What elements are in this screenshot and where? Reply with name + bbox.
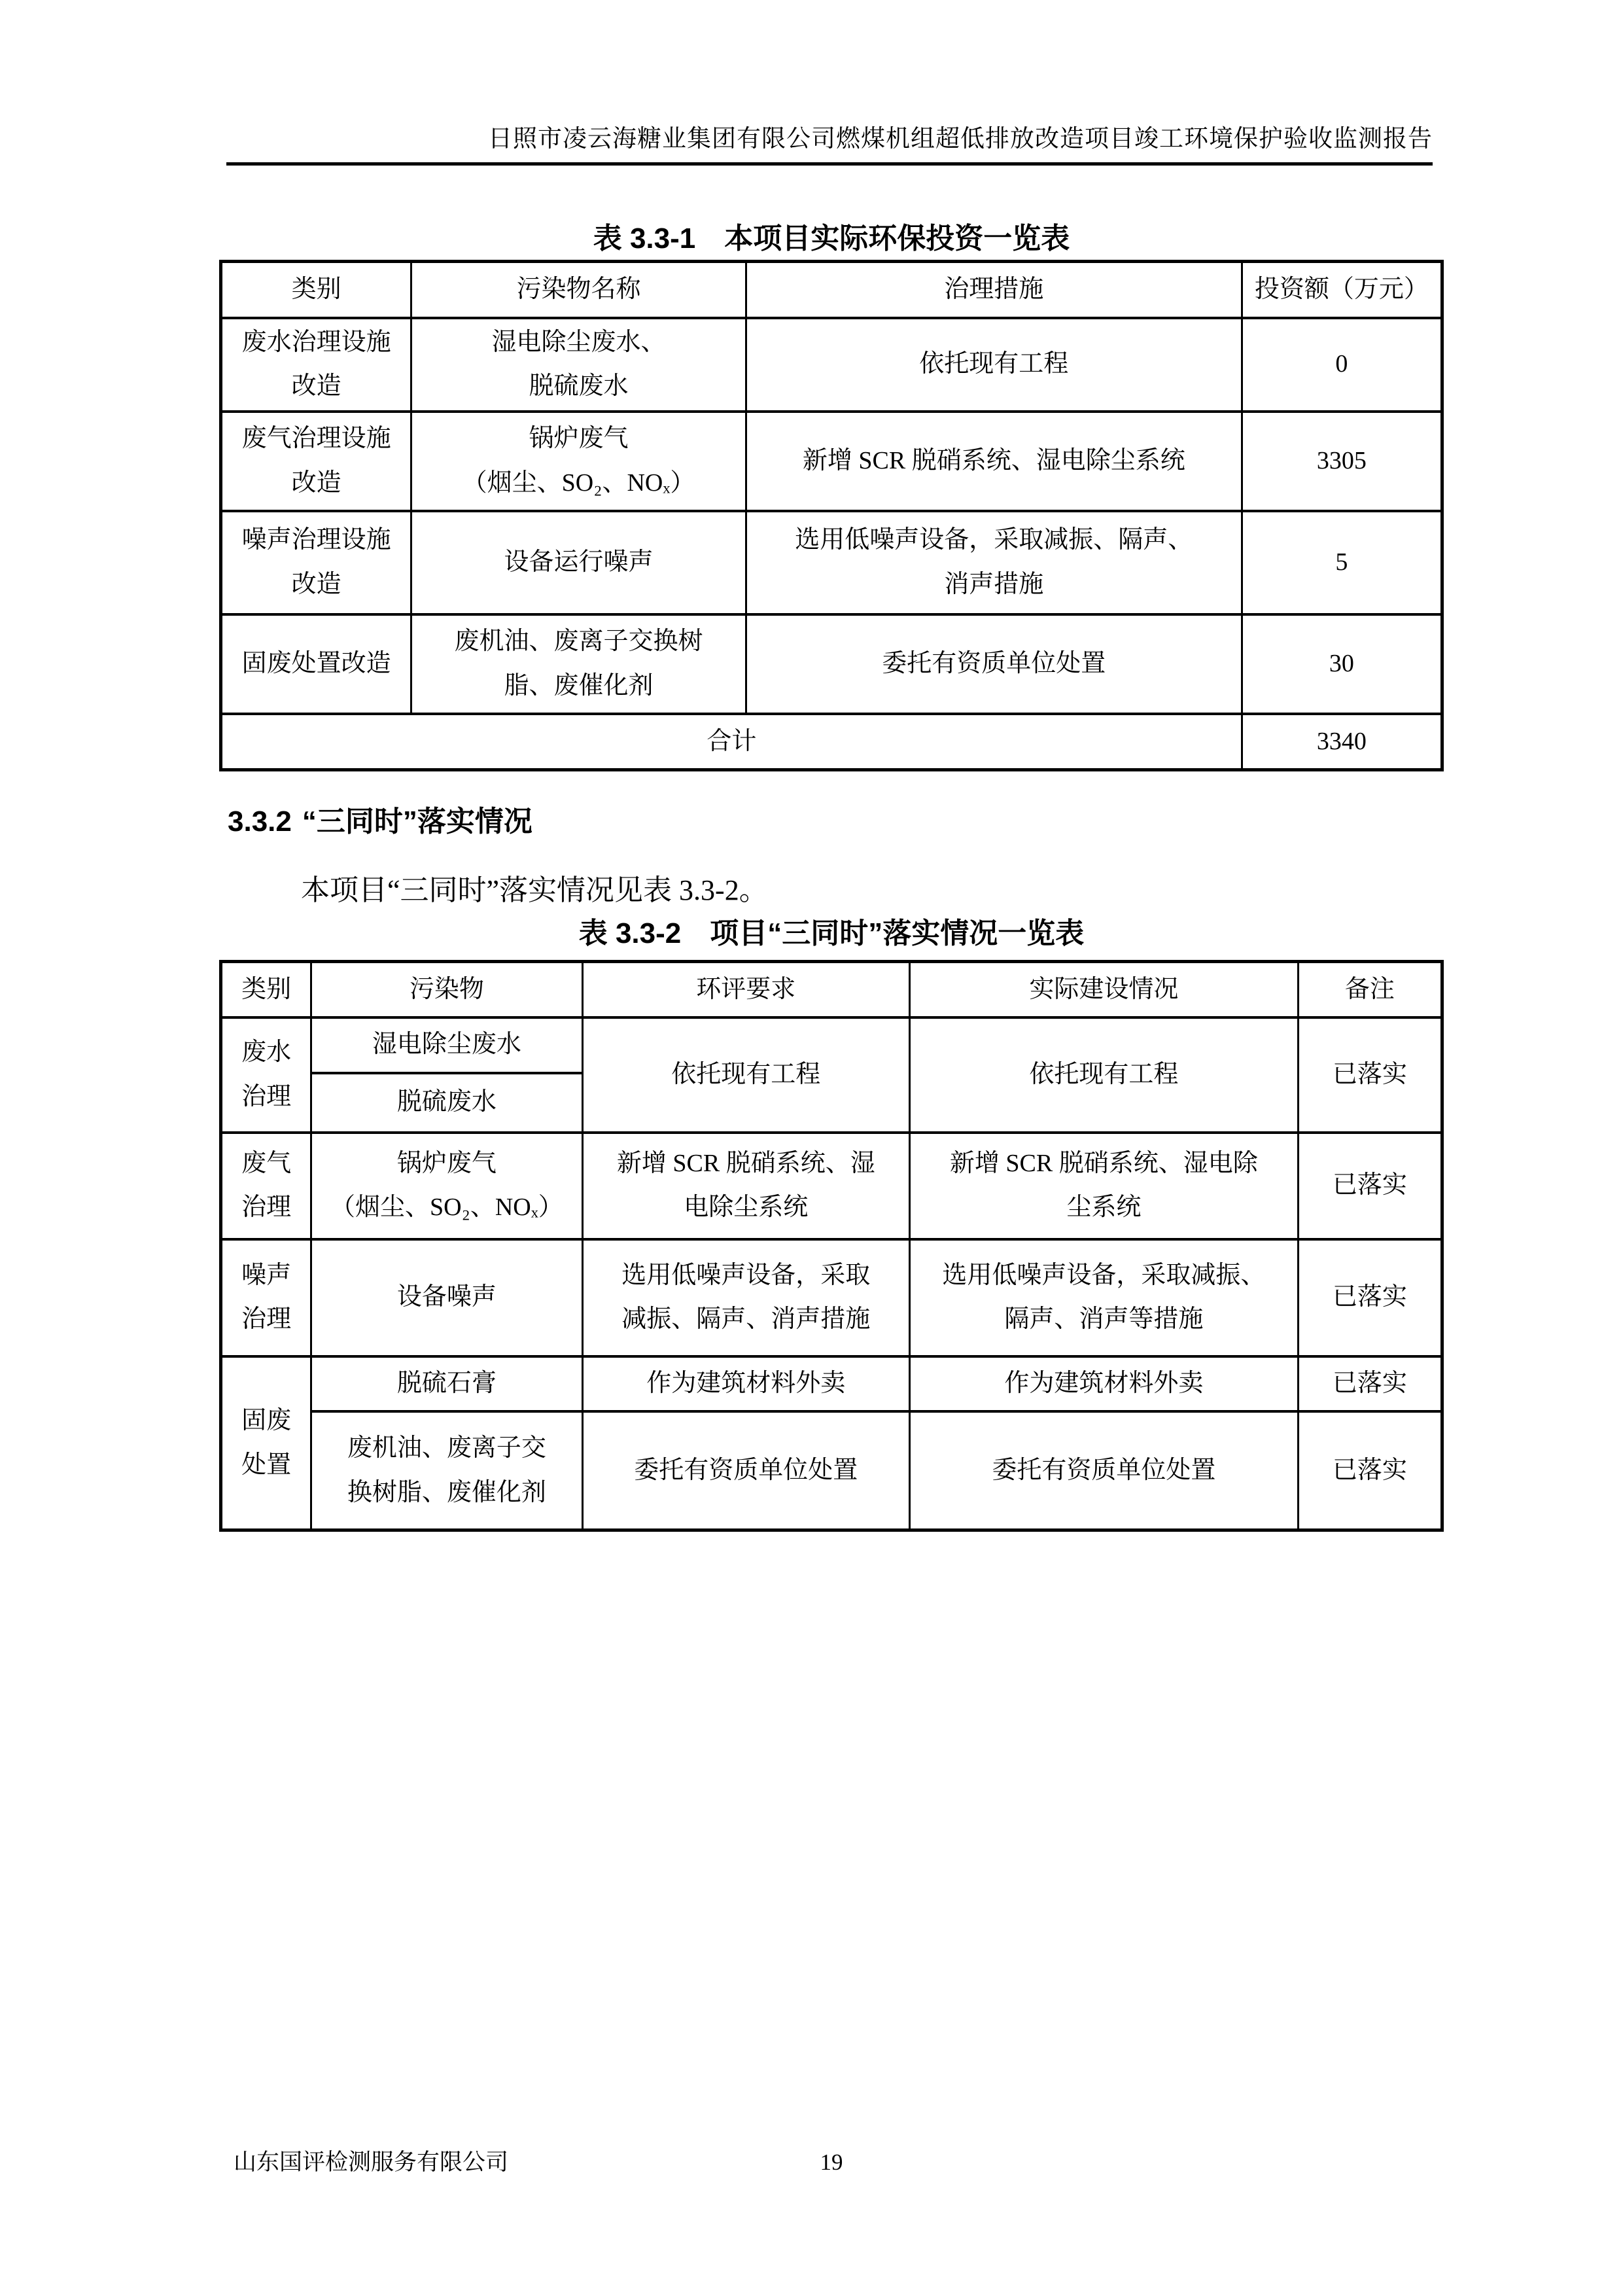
cell-category: 噪声 治理 — [221, 1239, 311, 1356]
cell-actual: 作为建筑材料外卖 — [909, 1356, 1298, 1411]
cell-measure: 依托现有工程 — [746, 318, 1242, 412]
cell-eia-requirement: 选用低噪声设备，采取 减振、隔声、消声措施 — [582, 1239, 909, 1356]
cell-investment: 30 — [1242, 614, 1442, 714]
cell-pollutant: 废机油、废离子交 换树脂、废催化剂 — [311, 1411, 582, 1530]
table2-caption: 表 3.3-2项目“三同时”落实情况一览表 — [219, 914, 1444, 953]
cell-investment: 5 — [1242, 511, 1442, 614]
col-header-pollutant: 污染物 — [311, 962, 582, 1017]
total-label-cell: 合计 — [221, 714, 1242, 770]
cell-eia-requirement: 新增 SCR 脱硝系统、湿 电除尘系统 — [582, 1133, 909, 1239]
cell-measure: 选用低噪声设备，采取减振、隔声、 消声措施 — [746, 511, 1242, 614]
cell-category: 噪声治理设施 改造 — [221, 511, 411, 614]
cell-measure: 新增 SCR 脱硝系统、湿电除尘系统 — [746, 412, 1242, 511]
cell-pollutant: 锅炉废气 （烟尘、SO₂、NOₓ） — [311, 1133, 582, 1239]
cell-category: 废水治理设施 改造 — [221, 318, 411, 412]
page-content: 日照市凌云海糖业集团有限公司燃煤机组超低排放改造项目竣工环境保护验收监测报告 表… — [219, 0, 1444, 1532]
col-header-category: 类别 — [221, 962, 311, 1017]
col-header-pollutant-name: 污染物名称 — [411, 262, 746, 318]
cell-category: 固废 处置 — [221, 1356, 311, 1530]
cell-actual: 委托有资质单位处置 — [909, 1411, 1298, 1530]
cell-actual: 依托现有工程 — [909, 1017, 1298, 1133]
cell-remark: 已落实 — [1298, 1133, 1442, 1239]
cell-category: 废气治理设施 改造 — [221, 412, 411, 511]
table1-caption-label: 表 3.3-1 — [593, 222, 696, 255]
table-row: 噪声 治理 设备噪声 选用低噪声设备，采取 减振、隔声、消声措施 选用低噪声设备… — [221, 1239, 1442, 1356]
cell-category: 废气 治理 — [221, 1133, 311, 1239]
header-rule — [226, 162, 1433, 166]
cell-remark: 已落实 — [1298, 1239, 1442, 1356]
cell-pollutant: 废机油、废离子交换树 脂、废催化剂 — [411, 614, 746, 714]
running-header: 日照市凌云海糖业集团有限公司燃煤机组超低排放改造项目竣工环境保护验收监测报告 — [219, 0, 1444, 156]
cell-eia-requirement: 依托现有工程 — [582, 1017, 909, 1133]
table-row: 废机油、废离子交 换树脂、废催化剂 委托有资质单位处置 委托有资质单位处置 已落… — [221, 1411, 1442, 1530]
section-number: 3.3.2 — [228, 805, 292, 838]
cell-remark: 已落实 — [1298, 1356, 1442, 1411]
table1-caption-title: 本项目实际环保投资一览表 — [724, 222, 1070, 255]
cell-pollutant: 湿电除尘废水、 脱硫废水 — [411, 318, 746, 412]
table-row: 固废 处置 脱硫石膏 作为建筑材料外卖 作为建筑材料外卖 已落实 — [221, 1356, 1442, 1411]
table-header-row: 类别 污染物名称 治理措施 投资额（万元） — [221, 262, 1442, 318]
cell-pollutant: 设备噪声 — [311, 1239, 582, 1356]
table-row: 废气 治理 锅炉废气 （烟尘、SO₂、NOₓ） 新增 SCR 脱硝系统、湿 电除… — [221, 1133, 1442, 1239]
cell-pollutant: 湿电除尘废水 — [311, 1017, 582, 1073]
table2-caption-label: 表 3.3-2 — [579, 917, 682, 949]
cell-actual: 选用低噪声设备，采取减振、 隔声、消声等措施 — [909, 1239, 1298, 1356]
table2-caption-title: 项目“三同时”落实情况一览表 — [710, 917, 1084, 949]
col-header-investment-amount: 投资额（万元） — [1242, 262, 1442, 318]
cell-category: 固废处置改造 — [221, 614, 411, 714]
section-title: “三同时”落实情况 — [302, 805, 532, 838]
table-total-row: 合计 3340 — [221, 714, 1442, 770]
section-heading: 3.3.2“三同时”落实情况 — [228, 802, 1444, 842]
table-row: 废水治理设施 改造 湿电除尘废水、 脱硫废水 依托现有工程 0 — [221, 318, 1442, 412]
cell-pollutant: 脱硫废水 — [311, 1073, 582, 1133]
cell-remark: 已落实 — [1298, 1017, 1442, 1133]
cell-category: 废水 治理 — [221, 1017, 311, 1133]
document-page: { "theme": { "ink": "#000000", "paper": … — [0, 0, 1623, 2296]
col-header-actual-construction: 实际建设情况 — [909, 962, 1298, 1017]
cell-eia-requirement: 委托有资质单位处置 — [582, 1411, 909, 1530]
body-paragraph: 本项目“三同时”落实情况见表 3.3-2。 — [219, 871, 1444, 910]
cell-pollutant: 设备运行噪声 — [411, 511, 746, 614]
cell-investment: 0 — [1242, 318, 1442, 412]
table-row: 噪声治理设施 改造 设备运行噪声 选用低噪声设备，采取减振、隔声、 消声措施 5 — [221, 511, 1442, 614]
cell-pollutant: 锅炉废气 （烟尘、SO₂、NOₓ） — [411, 412, 746, 511]
cell-actual: 新增 SCR 脱硝系统、湿电除 尘系统 — [909, 1133, 1298, 1239]
total-value-cell: 3340 — [1242, 714, 1442, 770]
col-header-treatment-measure: 治理措施 — [746, 262, 1242, 318]
col-header-remark: 备注 — [1298, 962, 1442, 1017]
table-row: 废水 治理 湿电除尘废水 依托现有工程 依托现有工程 已落实 — [221, 1017, 1442, 1073]
table-environmental-investment: 类别 污染物名称 治理措施 投资额（万元） 废水治理设施 改造 湿电除尘废水、 … — [219, 260, 1444, 771]
page-footer: 山东国评检测服务有限公司 19 — [219, 2148, 1444, 2177]
table-header-row: 类别 污染物 环评要求 实际建设情况 备注 — [221, 962, 1442, 1017]
cell-eia-requirement: 作为建筑材料外卖 — [582, 1356, 909, 1411]
cell-remark: 已落实 — [1298, 1411, 1442, 1530]
table-row: 固废处置改造 废机油、废离子交换树 脂、废催化剂 委托有资质单位处置 30 — [221, 614, 1442, 714]
table1-caption: 表 3.3-1本项目实际环保投资一览表 — [219, 219, 1444, 258]
footer-company: 山东国评检测服务有限公司 — [234, 2148, 508, 2177]
table-three-simultaneity: 类别 污染物 环评要求 实际建设情况 备注 废水 治理 湿电除尘废水 依托现有工… — [219, 960, 1444, 1532]
table-row: 废气治理设施 改造 锅炉废气 （烟尘、SO₂、NOₓ） 新增 SCR 脱硝系统、… — [221, 412, 1442, 511]
col-header-category: 类别 — [221, 262, 411, 318]
cell-pollutant: 脱硫石膏 — [311, 1356, 582, 1411]
cell-investment: 3305 — [1242, 412, 1442, 511]
col-header-eia-requirement: 环评要求 — [582, 962, 909, 1017]
cell-measure: 委托有资质单位处置 — [746, 614, 1242, 714]
